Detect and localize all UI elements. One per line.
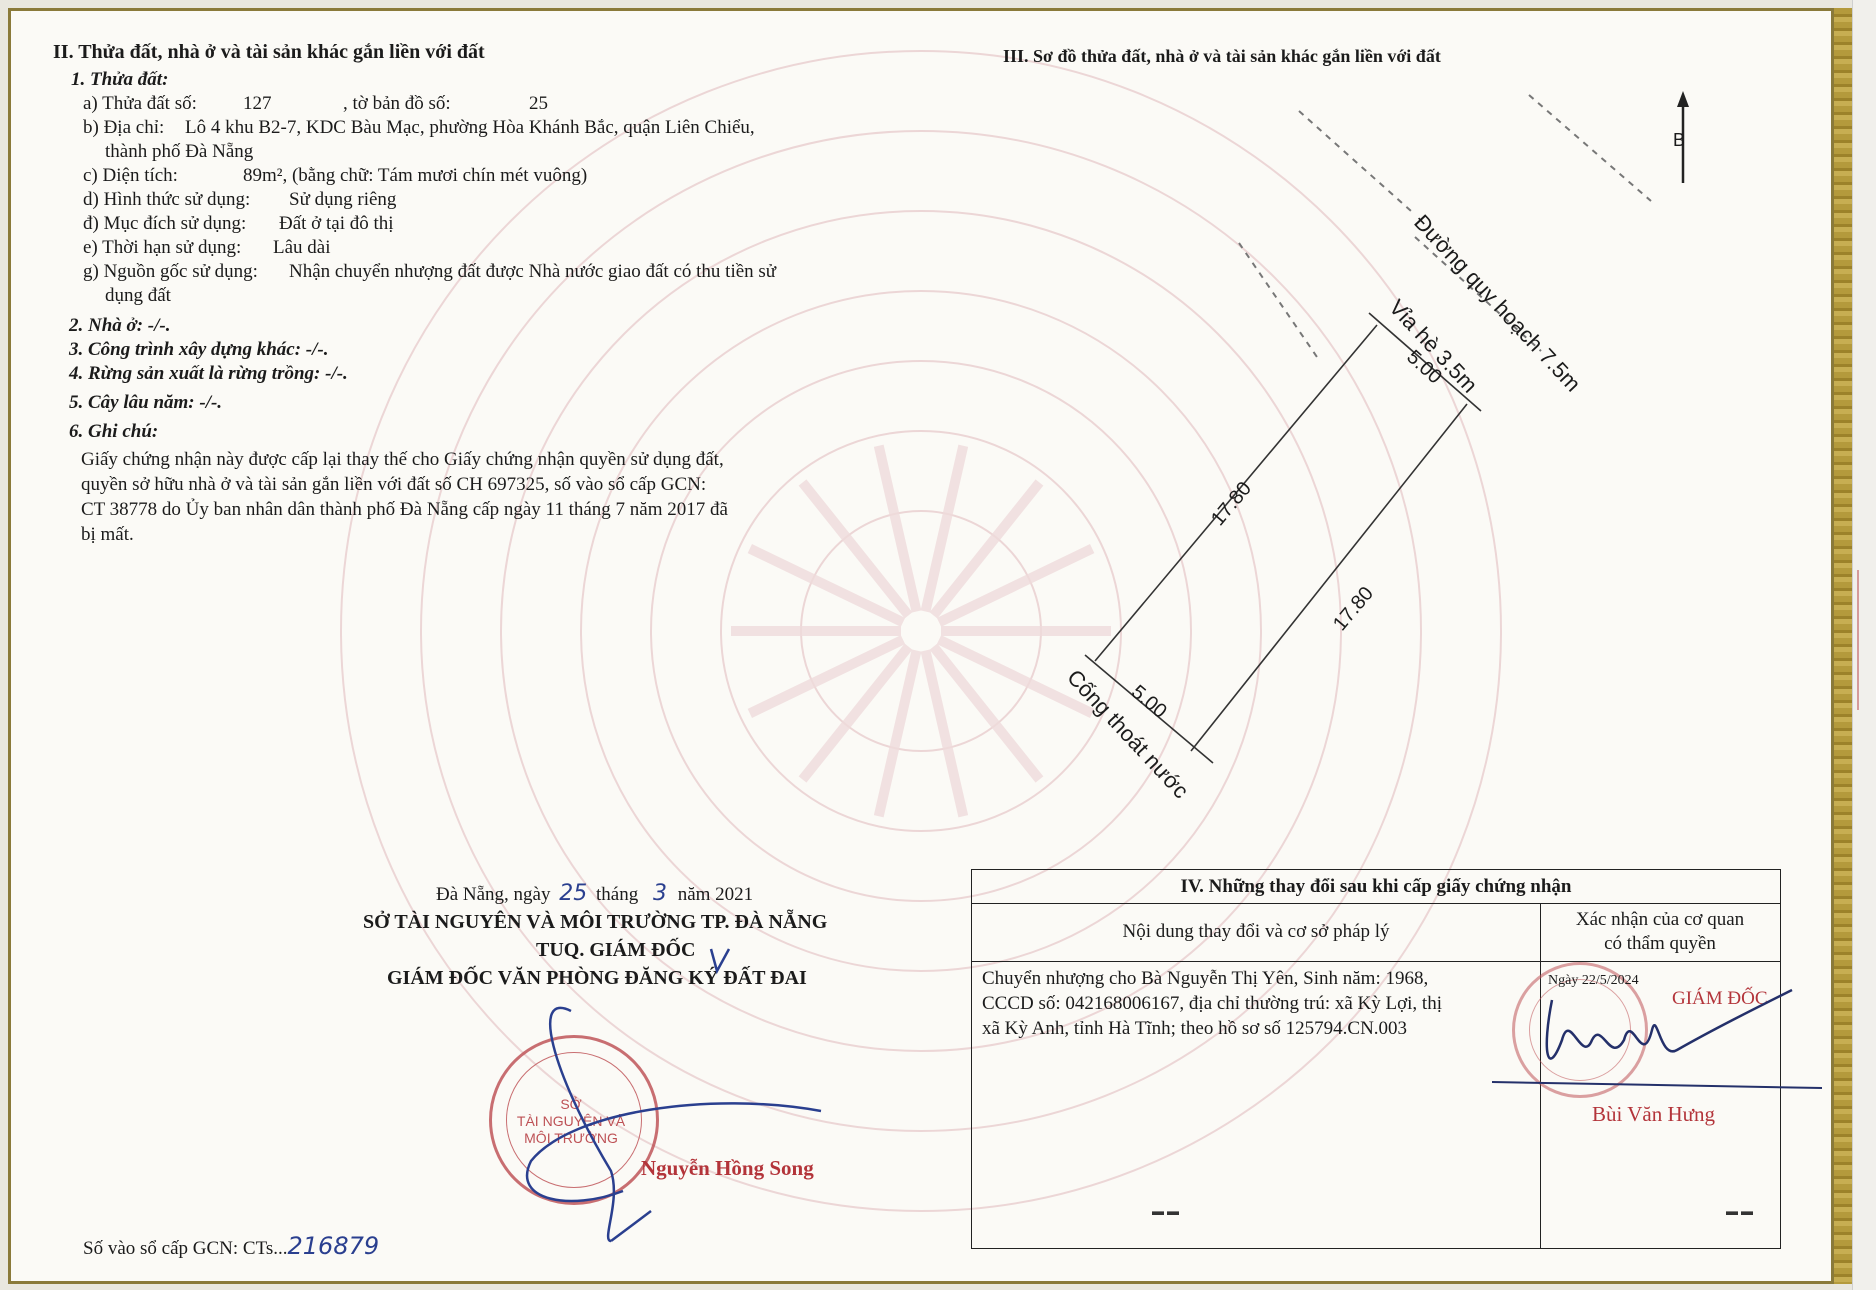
next-page-edge — [1852, 0, 1876, 1290]
change-entry-line: Chuyển nhượng cho Bà Nguyễn Thị Yên, Sin… — [982, 968, 1428, 990]
col-header-confirm-line1: Xác nhận của cơ quan — [1540, 909, 1780, 931]
changes-table: IV. Những thay đổi sau khi cấp giấy chứn… — [971, 869, 1781, 1249]
change-entry-line: CCCD số: 042168006167, địa chỉ thường tr… — [982, 993, 1442, 1015]
certificate-page: II. Thửa đất, nhà ở và tài sản khác gắn … — [8, 8, 1834, 1284]
section-iv-title: IV. Những thay đổi sau khi cấp giấy chứn… — [972, 876, 1780, 898]
certificate-gold-edge — [1832, 8, 1852, 1284]
confirm-signature-icon — [1492, 970, 1822, 1090]
col-header-confirm-line2: có thẩm quyền — [1540, 933, 1780, 955]
changes-table-title-row: IV. Những thay đổi sau khi cấp giấy chứn… — [972, 870, 1780, 904]
changes-table-header-row: Nội dung thay đổi và cơ sở pháp lý Xác n… — [972, 903, 1780, 962]
change-entry-line: xã Kỳ Anh, tỉnh Hà Tĩnh; theo hồ sơ số 1… — [982, 1018, 1407, 1040]
edge-stamp — [1857, 570, 1873, 710]
north-label: B — [1673, 129, 1685, 151]
col-header-content: Nội dung thay đổi và cơ sở pháp lý — [972, 921, 1540, 943]
blank-dash-mark: ▬ ▬ — [1152, 1200, 1179, 1222]
confirm-signer: Bùi Văn Hưng — [1592, 1103, 1715, 1125]
blank-dash-mark: ▬ ▬ — [1726, 1200, 1753, 1222]
